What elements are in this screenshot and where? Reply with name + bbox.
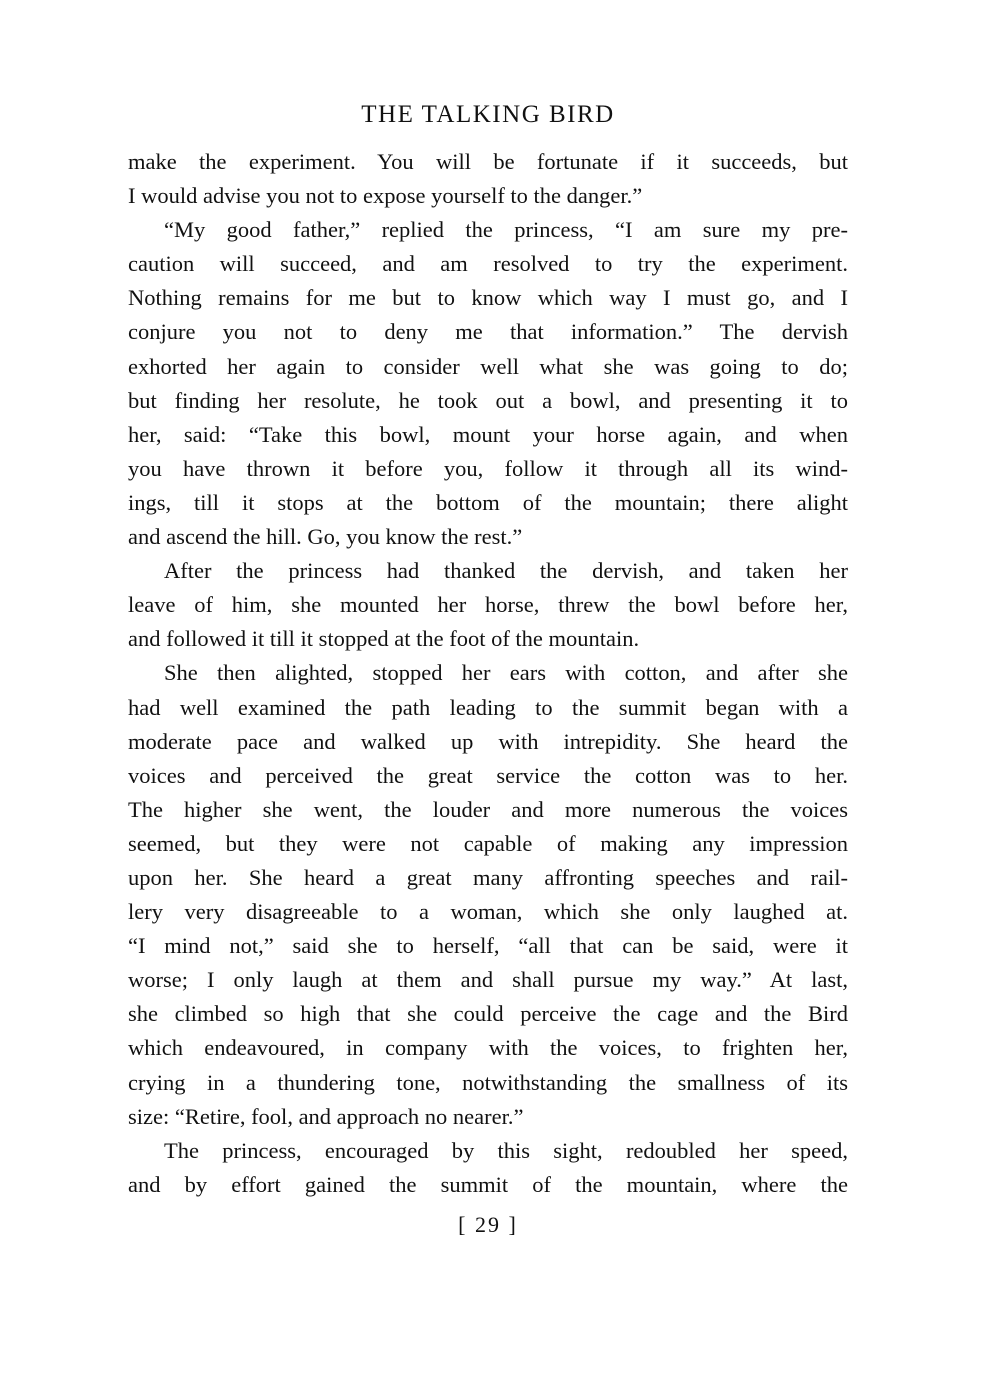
text-line: moderate pace and walked up with intrepi…: [128, 725, 848, 759]
text-line: caution will succeed, and am resolved to…: [128, 247, 848, 281]
text-line: you have thrown it before you, follow it…: [128, 452, 848, 486]
text-line: ings, till it stops at the bottom of the…: [128, 486, 848, 520]
text-line: size: “Retire, fool, and approach no nea…: [128, 1100, 848, 1134]
text-line: She then alighted, stopped her ears with…: [128, 656, 848, 690]
text-line: “I mind not,” said she to herself, “all …: [128, 929, 848, 963]
text-line: but finding her resolute, he took out a …: [128, 384, 848, 418]
page-number: [ 29 ]: [128, 1208, 848, 1242]
text-line: which endeavoured, in company with the v…: [128, 1031, 848, 1065]
text-line: and by effort gained the summit of the m…: [128, 1168, 848, 1202]
text-line: “My good father,” replied the princess, …: [128, 213, 848, 247]
text-line: I would advise you not to expose yoursel…: [128, 179, 848, 213]
text-line: she climbed so high that she could perce…: [128, 997, 848, 1031]
text-line: her, said: “Take this bowl, mount your h…: [128, 418, 848, 452]
text-line: make the experiment. You will be fortuna…: [128, 145, 848, 179]
text-line: seemed, but they were not capable of mak…: [128, 827, 848, 861]
text-line: exhorted her again to consider well what…: [128, 350, 848, 384]
paragraph: The princess, encouraged by this sight, …: [128, 1134, 848, 1202]
text-line: crying in a thundering tone, notwithstan…: [128, 1066, 848, 1100]
text-line: The higher she went, the louder and more…: [128, 793, 848, 827]
paragraph: She then alighted, stopped her ears with…: [128, 656, 848, 1133]
text-line: conjure you not to deny me that informat…: [128, 315, 848, 349]
text-line: voices and perceived the great service t…: [128, 759, 848, 793]
text-line: upon her. She heard a great many affront…: [128, 861, 848, 895]
paragraph: “My good father,” replied the princess, …: [128, 213, 848, 554]
text-line: After the princess had thanked the dervi…: [128, 554, 848, 588]
running-head: THE TALKING BIRD: [128, 98, 848, 132]
text-line: leave of him, she mounted her horse, thr…: [128, 588, 848, 622]
text-line: and followed it till it stopped at the f…: [128, 622, 848, 656]
text-line: had well examined the path leading to th…: [128, 691, 848, 725]
paragraph: After the princess had thanked the dervi…: [128, 554, 848, 656]
book-page: THE TALKING BIRD make the experiment. Yo…: [128, 98, 848, 1202]
text-line: worse; I only laugh at them and shall pu…: [128, 963, 848, 997]
text-line: The princess, encouraged by this sight, …: [128, 1134, 848, 1168]
text-line: and ascend the hill. Go, you know the re…: [128, 520, 848, 554]
text-line: lery very disagreeable to a woman, which…: [128, 895, 848, 929]
paragraph: make the experiment. You will be fortuna…: [128, 145, 848, 213]
text-line: Nothing remains for me but to know which…: [128, 281, 848, 315]
body-text: make the experiment. You will be fortuna…: [128, 145, 848, 1202]
